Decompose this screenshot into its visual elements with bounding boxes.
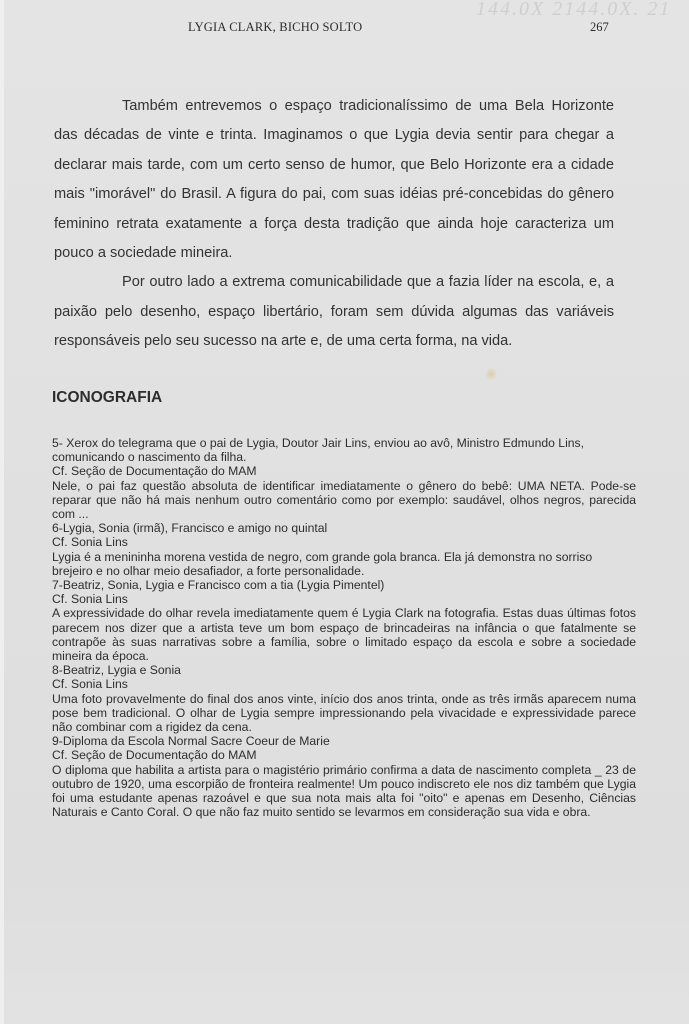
entry-caption: 5- Xerox do telegrama que o pai de Lygia… bbox=[52, 436, 636, 464]
entry-comment: Lygia é a menininha morena vestida de ne… bbox=[52, 550, 636, 578]
paper-stain bbox=[484, 368, 498, 380]
entry-comment: Nele, o pai faz questão absoluta de iden… bbox=[52, 479, 636, 522]
iconography-entry-8: 8-Beatriz, Lygia e Sonia Cf. Sonia Lins … bbox=[52, 663, 636, 734]
iconography-entry-5: 5- Xerox do telegrama que o pai de Lygia… bbox=[52, 436, 636, 521]
page-edge bbox=[0, 0, 4, 1024]
entry-comment: O diploma que habilita a artista para o … bbox=[52, 763, 636, 820]
entry-source: Cf. Sonia Lins bbox=[52, 677, 636, 691]
entry-caption: 8-Beatriz, Lygia e Sonia bbox=[52, 663, 636, 677]
running-head: LYGIA CLARK, BICHO SOLTO bbox=[188, 20, 362, 35]
section-heading-iconografia: ICONOGRAFIA bbox=[52, 389, 162, 407]
iconography-entry-6: 6-Lygia, Sonia (irmã), Francisco e amigo… bbox=[52, 521, 636, 578]
entry-comment: A expressividade do olhar revela imediat… bbox=[52, 606, 636, 663]
entry-source: Cf. Seção de Documentação do MAM bbox=[52, 464, 636, 478]
pencil-annotation: 144.0X 2144.0X. 21 bbox=[476, 0, 671, 21]
entry-caption: 6-Lygia, Sonia (irmã), Francisco e amigo… bbox=[52, 521, 636, 535]
scanned-page: 144.0X 2144.0X. 21 LYGIA CLARK, BICHO SO… bbox=[0, 0, 689, 1024]
iconography-list: 5- Xerox do telegrama que o pai de Lygia… bbox=[52, 436, 636, 819]
page-number: 267 bbox=[590, 20, 609, 35]
iconography-entry-9: 9-Diploma da Escola Normal Sacre Coeur d… bbox=[52, 734, 636, 819]
body-text: Também entrevemos o espaço tradicionalís… bbox=[54, 92, 614, 357]
entry-source: Cf. Seção de Documentação do MAM bbox=[52, 748, 636, 762]
iconography-entry-7: 7-Beatriz, Sonia, Lygia e Francisco com … bbox=[52, 578, 636, 663]
entry-caption: 7-Beatriz, Sonia, Lygia e Francisco com … bbox=[52, 578, 636, 592]
paragraph: Por outro lado a extrema comunicabilidad… bbox=[54, 268, 614, 356]
entry-source: Cf. Sonia Lins bbox=[52, 592, 636, 606]
entry-source: Cf. Sonia Lins bbox=[52, 535, 636, 549]
entry-caption: 9-Diploma da Escola Normal Sacre Coeur d… bbox=[52, 734, 636, 748]
paragraph: Também entrevemos o espaço tradicionalís… bbox=[54, 92, 614, 268]
entry-comment: Uma foto provavelmente do final dos anos… bbox=[52, 692, 636, 735]
